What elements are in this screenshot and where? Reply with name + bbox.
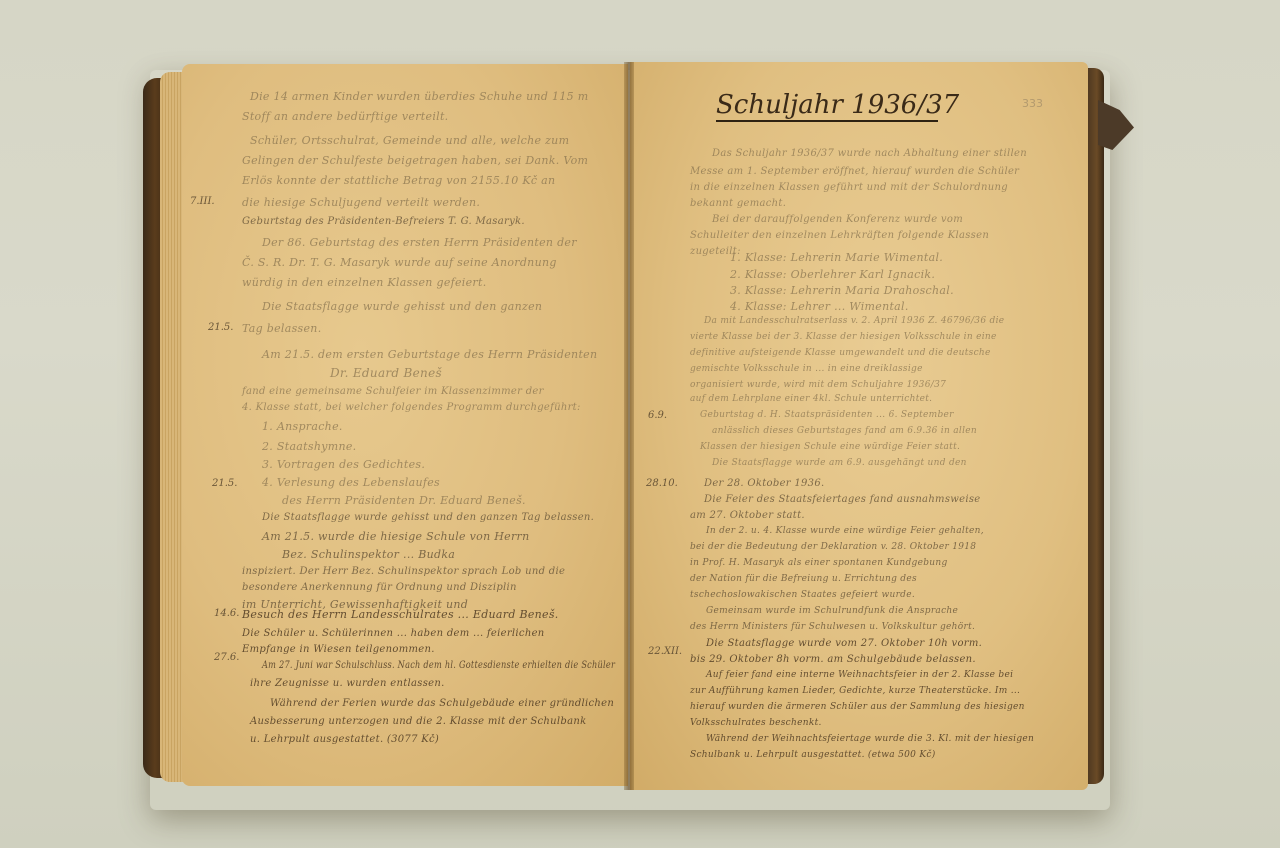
handwritten-line: Da mit Landesschulratserlass v. 2. April… [704,316,1004,326]
class-assignment: 2. Klasse: Oberlehrer Karl Ignacik. [730,268,935,281]
handwritten-line: Empfange in Wiesen teilgenommen. [242,644,435,655]
handwritten-line: Dr. Eduard Beneš [330,366,442,380]
handwritten-line: 4. Klasse statt, bei welcher folgendes P… [242,402,581,413]
page-title: Schuljahr 1936/37 [716,90,959,120]
handwritten-line: Während der Ferien wurde das Schulgebäud… [270,698,614,709]
handwritten-line: in die einzelnen Klassen geführt und mit… [690,182,1008,193]
handwritten-line: Schulleiter den einzelnen Lehrkräften fo… [690,230,989,241]
handwritten-line: Klassen der hiesigen Schule eine würdige… [700,442,960,452]
handwritten-line: vierte Klasse bei der 3. Klasse der hies… [690,332,997,342]
handwritten-line: der Nation für die Befreiung u. Errichtu… [690,574,917,584]
handwritten-line: 3. Vortragen des Gedichtes. [262,458,425,471]
handwritten-line: am 27. Oktober statt. [690,510,805,521]
handwritten-line: In der 2. u. 4. Klasse wurde eine würdig… [706,526,984,536]
handwritten-line: Č. S. R. Dr. T. G. Masaryk wurde auf sei… [242,256,557,269]
margin-date: 22.XII. [648,646,682,657]
handwritten-line: des Herrn Präsidenten Dr. Eduard Beneš. [282,494,526,507]
handwritten-line: Bez. Schulinspektor ... Budka [282,548,455,561]
handwritten-line: Am 21.5. dem ersten Geburtstage des Herr… [262,348,597,361]
handwritten-line: Bei der darauffolgenden Konferenz wurde … [712,214,963,225]
handwritten-line: Die Staatsflagge wurde vom 27. Oktober 1… [706,638,982,649]
handwritten-line: Volksschulrates beschenkt. [690,718,822,728]
handwritten-line: anlässlich dieses Geburtstages fand am 6… [712,426,977,436]
handwritten-line: Die Feier des Staatsfeiertages fand ausn… [704,494,981,505]
margin-date: 7.III. [190,196,215,207]
handwritten-line: auf dem Lehrplane einer 4kl. Schule unte… [690,394,932,404]
handwritten-line: Geburtstag des Präsidenten-Befreiers T. … [242,216,525,227]
margin-date: 14.6. [214,608,239,619]
handwritten-line: Messe am 1. September eröffnet, hierauf … [690,166,1019,177]
book-gutter [624,62,634,790]
handwritten-line: Am 27. Juni war Schulschluss. Nach dem h… [262,660,615,671]
handwritten-line: zur Aufführung kamen Lieder, Gedichte, k… [690,686,1020,696]
margin-date: 27.6. [214,652,239,663]
page-number: 333 [1022,97,1043,110]
handwritten-line: Gemeinsam wurde im Schulrundfunk die Ans… [706,606,958,616]
handwritten-line: fand eine gemeinsame Schulfeier im Klass… [242,386,544,397]
handwritten-line: organisiert wurde, wird mit dem Schuljah… [690,380,946,390]
margin-date: 28.10. [646,478,678,489]
handwritten-line: die hiesige Schuljugend verteilt werden. [242,196,480,209]
handwritten-line: Die Staatsflagge wurde am 6.9. ausgehäng… [712,458,967,468]
margin-date: 21.5. [212,478,237,489]
handwritten-line: tschechoslowakischen Staates gefeiert wu… [690,590,915,600]
class-assignment: 3. Klasse: Lehrerin Maria Drahoschal. [730,284,954,297]
handwritten-line: definitive aufsteigende Klasse umgewande… [690,348,991,358]
handwritten-line: Geburtstag d. H. Staatspräsidenten ... 6… [700,410,954,420]
handwritten-line: Besuch des Herrn Landesschulrates ... Ed… [242,608,559,621]
handwritten-line: Die Schüler u. Schülerinnen ... haben de… [242,628,545,639]
margin-date: 6.9. [648,410,667,421]
handwritten-line: Gelingen der Schulfeste beigetragen habe… [242,154,588,167]
handwritten-line: Schüler, Ortsschulrat, Gemeinde und alle… [250,134,569,147]
margin-date: 21.5. [208,322,233,333]
handwritten-line: in Prof. H. Masaryk als einer spontanen … [690,558,948,568]
handwritten-line: Am 21.5. wurde die hiesige Schule von He… [262,530,529,543]
handwritten-line: Erlös konnte der stattliche Betrag von 2… [242,174,555,187]
handwritten-line: u. Lehrpult ausgestattet. (3077 Kč) [250,734,439,745]
handwritten-line: ihre Zeugnisse u. wurden entlassen. [250,678,445,689]
handwritten-line: Tag belassen. [242,322,322,335]
handwritten-line: 2. Staatshymne. [262,440,356,453]
handwritten-line: 1. Ansprache. [262,420,343,433]
handwritten-line: Die Staatsflagge wurde gehisst und den g… [262,512,594,523]
title-underline [716,120,938,122]
class-assignment: 1. Klasse: Lehrerin Marie Wimental. [730,251,943,264]
handwritten-line: Ausbesserung unterzogen und die 2. Klass… [250,716,586,727]
handwritten-line: Das Schuljahr 1936/37 wurde nach Abhaltu… [712,148,1027,159]
handwritten-line: Die Staatsflagge wurde gehisst und den g… [262,300,542,313]
handwritten-line: würdig in den einzelnen Klassen gefeiert… [242,276,487,289]
torn-cover-corner [1098,100,1134,150]
handwritten-line: bekannt gemacht. [690,198,786,209]
handwritten-line: des Herrn Ministers für Schulwesen u. Vo… [690,622,975,632]
handwritten-line: besondere Anerkennung für Ordnung und Di… [242,582,517,593]
handwritten-line: Auf feier fand eine interne Weihnachtsfe… [706,670,1013,680]
handwritten-line: Der 86. Geburtstag des ersten Herrn Präs… [262,236,577,249]
handwritten-line: Schulbank u. Lehrpult ausgestattet. (etw… [690,750,936,760]
handwritten-line: 4. Verlesung des Lebenslaufes [262,476,440,489]
handwritten-line: Während der Weihnachtsfeiertage wurde di… [706,734,1034,744]
book-cover-right [1086,68,1104,784]
handwritten-line: hierauf wurden die ärmeren Schüler aus d… [690,702,1025,712]
handwritten-line: Die 14 armen Kinder wurden überdies Schu… [250,90,588,103]
handwritten-line: Stoff an andere bedürftige verteilt. [242,110,448,123]
handwritten-line: Der 28. Oktober 1936. [704,478,824,489]
handwritten-line: gemischte Volksschule in ... in eine dre… [690,364,923,374]
handwritten-line: inspiziert. Der Herr Bez. Schulinspektor… [242,566,565,577]
class-assignment: 4. Klasse: Lehrer ... Wimental. [730,300,909,313]
handwritten-line: bei der die Bedeutung der Deklaration v.… [690,542,976,552]
handwritten-line: bis 29. Oktober 8h vorm. am Schulgebäude… [690,654,976,665]
